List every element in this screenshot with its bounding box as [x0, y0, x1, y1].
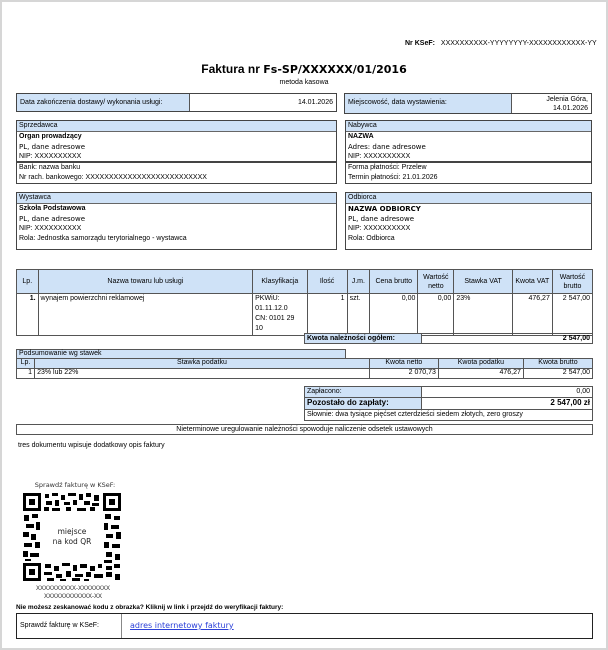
qr-code-placeholder: miejsce na kod QR	[22, 492, 122, 582]
seller-bank: Bank: nazwa banku	[17, 163, 336, 173]
late-payment-notice: Nieterminowe uregulowanie należności spo…	[16, 424, 593, 435]
summary-net: 2 070,73	[369, 369, 438, 379]
recipient-name: NAZWA ODBIORCY	[346, 204, 591, 214]
remaining-row: Pozostało do zapłaty: 2 547,00 zł	[305, 398, 592, 410]
paid-value: 0,00	[422, 387, 592, 397]
items-table: Lp. Nazwa towaru lub usługi Klasyfikacja…	[16, 269, 593, 336]
invoice-url-link[interactable]: adres internetowy faktury	[130, 621, 234, 630]
row-name: wynajem powierzchni reklamowej	[38, 294, 253, 336]
col-vat-rate: Stawka VAT	[454, 270, 513, 294]
total-value: 2 547,00	[422, 334, 592, 343]
summary-row: 1 23% lub 22% 2 070,73 476,27 2 547,00	[17, 369, 593, 379]
delivery-date-label: Data zakończenia dostawy/ wykonania usłu…	[17, 94, 190, 111]
row-qty: 1	[307, 294, 347, 336]
seller-account-line: Nr rach. bankowego: XXXXXXXXXXXXXXXXXXXX…	[17, 173, 336, 183]
summary-col-tax: Kwota podatku	[438, 359, 523, 369]
remaining-value: 2 547,00 zł	[422, 398, 592, 409]
buyer-address: Adres: dane adresowe	[346, 142, 591, 152]
verify-box: Sprawdź fakturę w KSeF: adres internetow…	[16, 613, 593, 639]
col-unit: J.m.	[347, 270, 370, 294]
row-vat-amount: 476,27	[512, 294, 552, 336]
classification-line: CN: 0101 29	[255, 314, 304, 324]
buyer-name: NAZWA	[346, 132, 591, 142]
qr-caption: Sprawdź fakturę w KSeF:	[20, 481, 130, 489]
ksef-number-line: Nr KSeF: XXXXXXXXXX-YYYYYYYY-XXXXXXXXXXX…	[405, 40, 597, 47]
col-name: Nazwa towaru lub usługi	[38, 270, 253, 294]
row-net-value: 0,00	[418, 294, 454, 336]
summary-lp: 1	[17, 369, 35, 379]
seller-name: Organ prowadzący	[17, 132, 336, 142]
recipient-box: Odbiorca NAZWA ODBIORCY PL, dane adresow…	[345, 192, 592, 250]
row-lp: 1.	[17, 294, 39, 336]
classification-line: PKWiU:	[255, 294, 304, 304]
payment-form: Forma płatności: Przelew	[346, 163, 591, 173]
issuer-heading: Wystawca	[17, 193, 336, 204]
table-row: 1. wynajem powierzchni reklamowej PKWiU:…	[17, 294, 593, 336]
qr-hint: Nie możesz zeskanować kodu z obrazka? Kl…	[16, 604, 283, 611]
summary-table: Lp. Stawka podatku Kwota netto Kwota pod…	[16, 358, 593, 379]
invoice-number: Fs-SP/XXXXXX/01/2016	[263, 63, 406, 76]
qr-code-number: XXXXXXXXXX-XXXXXXXX XXXXXXXXXXXX-XX	[18, 585, 128, 601]
payment-due: Termin płatności: 21.01.2026	[346, 173, 591, 183]
delivery-date-box: Data zakończenia dostawy/ wykonania usłu…	[16, 93, 337, 112]
paid-label: Zapłacono:	[305, 387, 422, 397]
issuer-box: Wystawca Szkoła Podstawowa PL, dane adre…	[16, 192, 337, 250]
seller-account: XXXXXXXXXXXXXXXXXXXXXXXXXX	[86, 174, 207, 181]
total-row: Kwota należności ogółem: 2 547,00	[304, 333, 593, 344]
seller-bank-box: Bank: nazwa banku Nr rach. bankowego: XX…	[16, 162, 337, 184]
seller-account-label: Nr rach. bankowego:	[19, 174, 84, 181]
remaining-label: Pozostało do zapłaty:	[305, 398, 422, 409]
qr-placeholder-line: na kod QR	[43, 537, 101, 547]
total-label: Kwota należności ogółem:	[305, 334, 422, 343]
col-gross-value: Wartość brutto	[552, 270, 592, 294]
col-qty: Ilość	[307, 270, 347, 294]
issue-date-box: Miejscowość, data wystawienia: Jelenia G…	[344, 93, 592, 114]
issuer-role: Rola: Jednostka samorządu terytorialnego…	[17, 234, 336, 244]
summary-tax: 476,27	[438, 369, 523, 379]
issue-date: 14.01.2026	[515, 104, 588, 113]
qr-code-line: XXXXXXXXXXXX-XX	[18, 593, 128, 601]
buyer-nip: NIP: XXXXXXXXXX	[346, 152, 591, 162]
summary-rate: 23% lub 22%	[35, 369, 370, 379]
payment-method: metoda kasowa	[0, 79, 608, 86]
classification-line: 10	[255, 324, 304, 334]
classification-line: 01.11.12.0	[255, 304, 304, 314]
col-classification: Klasyfikacja	[253, 270, 307, 294]
amount-in-words: Słownie: dwa tysiące pięćset czterdzieśc…	[305, 410, 592, 420]
row-gross-value: 2 547,00	[552, 294, 592, 336]
buyer-payment-box: Forma płatności: Przelew Termin płatnośc…	[345, 162, 592, 184]
summary-col-lp: Lp.	[17, 359, 35, 369]
recipient-heading: Odbiorca	[346, 193, 591, 204]
summary-gross: 2 547,00	[523, 369, 592, 379]
invoice-description: tres dokumentu wpisuje dodatkowy opis fa…	[18, 442, 165, 449]
recipient-address: PL, dane adresowe	[346, 214, 591, 224]
recipient-nip: NIP: XXXXXXXXXX	[346, 224, 591, 234]
page-title: Faktura nr Fs-SP/XXXXXX/01/2016	[0, 62, 608, 76]
row-unit: szt.	[347, 294, 370, 336]
col-price-gross: Cena brutto	[370, 270, 418, 294]
col-lp: Lp.	[17, 270, 39, 294]
issuer-name: Szkoła Podstawowa	[17, 204, 336, 214]
issuer-nip: NIP: XXXXXXXXXX	[17, 224, 336, 234]
issuer-address: PL, dane adresowe	[17, 214, 336, 224]
seller-address: PL, dane adresowe	[17, 142, 336, 152]
qr-code-line: XXXXXXXXXX-XXXXXXXX	[18, 585, 128, 593]
delivery-date-value: 14.01.2026	[190, 94, 336, 111]
paid-row: Zapłacono: 0,00	[305, 387, 592, 398]
verify-link-cell: adres internetowy faktury	[122, 614, 592, 638]
qr-placeholder-line: miejsce	[43, 527, 101, 537]
row-classification: PKWiU: 01.11.12.0 CN: 0101 29 10	[253, 294, 307, 336]
seller-heading: Sprzedawca	[17, 121, 336, 132]
issue-date-value: Jelenia Góra, 14.01.2026	[512, 94, 591, 113]
recipient-role: Rola: Odbiorca	[346, 234, 591, 244]
verify-label: Sprawdź fakturę w KSeF:	[17, 614, 122, 638]
summary-col-gross: Kwota brutto	[523, 359, 592, 369]
seller-box: Sprzedawca Organ prowadzący PL, dane adr…	[16, 120, 337, 162]
row-price-gross: 0,00	[370, 294, 418, 336]
buyer-box: Nabywca NAZWA Adres: dane adresowe NIP: …	[345, 120, 592, 162]
ksef-label: Nr KSeF:	[405, 40, 435, 47]
row-vat-rate: 23%	[454, 294, 513, 336]
summary-col-rate: Stawka podatku	[35, 359, 370, 369]
seller-nip: NIP: XXXXXXXXXX	[17, 152, 336, 162]
issue-date-label: Miejscowość, data wystawienia:	[345, 94, 512, 113]
payment-box: Zapłacono: 0,00 Pozostało do zapłaty: 2 …	[304, 386, 593, 421]
title-prefix: Faktura nr	[201, 62, 260, 76]
col-net-value: Wartość netto	[418, 270, 454, 294]
summary-col-net: Kwota netto	[369, 359, 438, 369]
ksef-number: XXXXXXXXXX-YYYYYYYY-XXXXXXXXXXXX-YY	[441, 40, 597, 47]
qr-placeholder-text: miejsce na kod QR	[43, 527, 101, 547]
col-vat-amount: Kwota VAT	[512, 270, 552, 294]
issue-place: Jelenia Góra,	[515, 95, 588, 104]
buyer-heading: Nabywca	[346, 121, 591, 132]
